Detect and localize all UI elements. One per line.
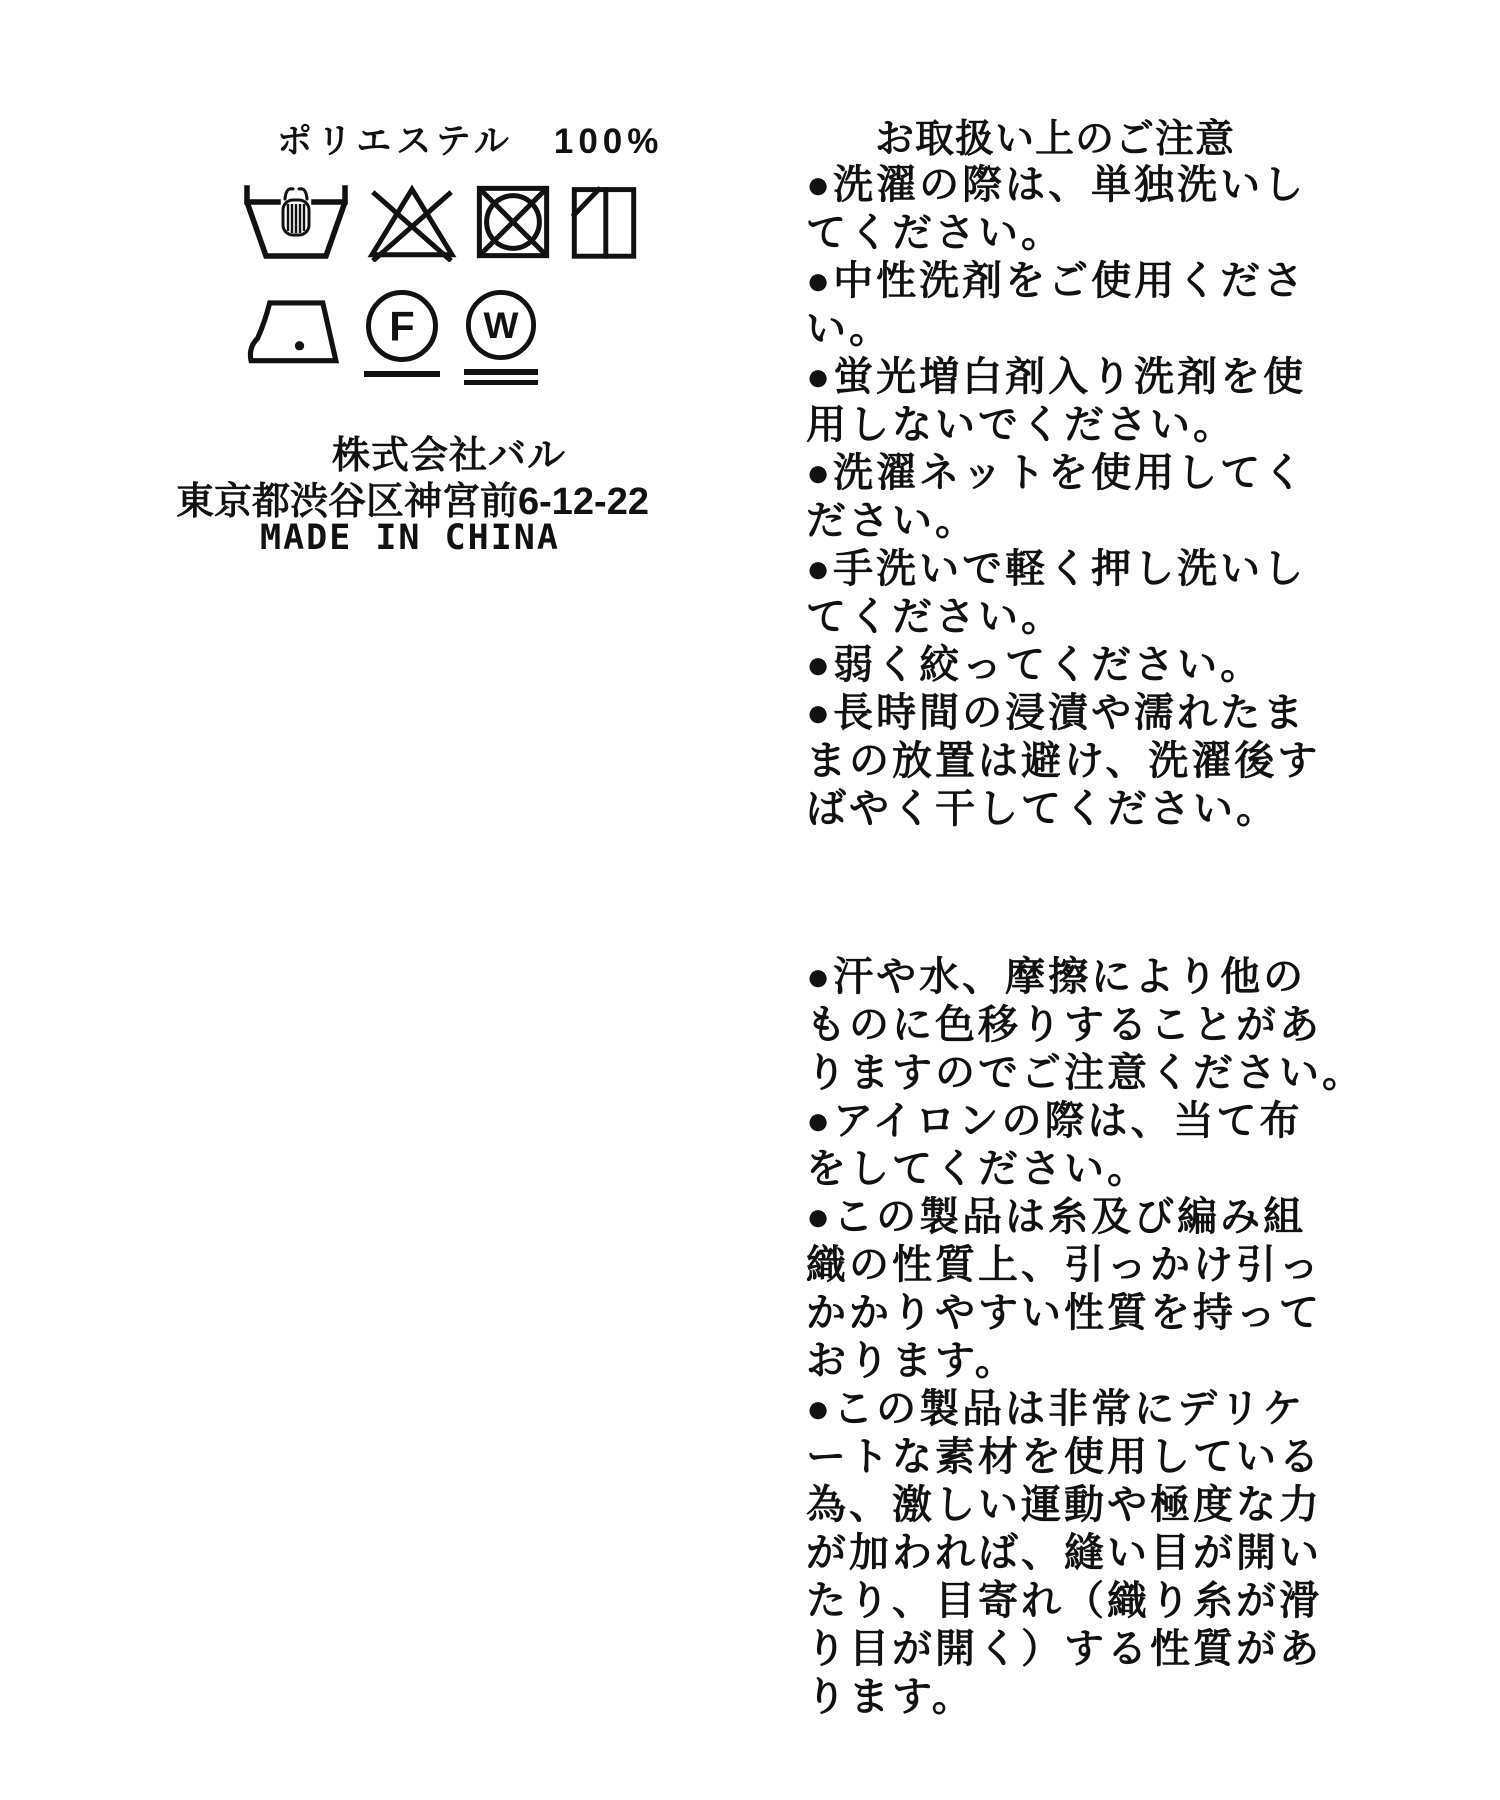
care-note-line: 為、激しい運動や極度な力: [806, 1481, 1365, 1529]
care-note-line: 用しないでください。: [806, 401, 1320, 449]
care-note-line: ●手洗いで軽く押し洗いし: [806, 545, 1320, 593]
care-note-line: をしてください。: [806, 1145, 1365, 1193]
care-note-line: おります。: [806, 1337, 1365, 1385]
care-note-line: ●中性洗剤をご使用くださ: [806, 257, 1320, 305]
care-note-line: てください。: [806, 209, 1320, 257]
care-note-line: 織の性質上、引っかけ引っ: [806, 1241, 1365, 1289]
care-note-line: てください。: [806, 593, 1320, 641]
company-address: 東京都渋谷区神宮前6-12-22: [176, 470, 649, 525]
care-notes-block-1: ●洗濯の際は、単独洗いし てください。 ●中性洗剤をご使用くださ い。 ●蛍光増…: [806, 161, 1320, 833]
shade-line-dry-icon: [568, 182, 640, 262]
care-notes-title: お取扱い上のご注意: [875, 108, 1235, 164]
care-note-line: りますのでご注意ください。: [806, 1049, 1365, 1097]
care-note-line: かかりやすい性質を持って: [806, 1289, 1365, 1337]
care-note-line: ●洗濯の際は、単独洗いし: [806, 161, 1320, 209]
care-notes-block-2: ●汗や水、摩擦により他の ものに色移りすることがあ りますのでご注意ください。 …: [806, 953, 1365, 1721]
wet-clean-gentle-icon: W: [464, 288, 538, 385]
care-note-line: が加われば、縫い目が開い: [806, 1529, 1365, 1577]
care-note-line: ●この製品は糸及び編み組: [806, 1193, 1365, 1241]
care-note-line: ります。: [806, 1673, 1365, 1721]
circle-w-icon: W: [464, 288, 538, 362]
care-note-line: り目が開く）する性質があ: [806, 1625, 1365, 1673]
care-note-line: たり、目寄れ（織り糸が滑: [806, 1577, 1365, 1625]
care-note-line: ばやく干してください。: [806, 785, 1320, 833]
do-not-bleach-icon: [366, 182, 458, 262]
care-note-line: ●洗濯ネットを使用してく: [806, 449, 1320, 497]
circle-f-icon: F: [364, 288, 440, 364]
do-not-tumble-dry-icon: [472, 182, 554, 262]
care-note-line: ●長時間の浸漬や濡れたま: [806, 689, 1320, 737]
care-symbols-row-2: F W: [246, 288, 538, 385]
care-note-line: ものに色移りすることがあ: [806, 1001, 1365, 1049]
very-gentle-process-bar-2: [464, 380, 538, 385]
very-gentle-process-bar-1: [464, 369, 538, 375]
dry-clean-letter: F: [389, 302, 414, 349]
hand-wash-icon: [240, 182, 352, 262]
wet-clean-letter: W: [484, 305, 519, 346]
gentle-process-bar: [364, 371, 440, 377]
care-note-line: ●汗や水、摩擦により他の: [806, 953, 1365, 1001]
care-note-line: ●アイロンの際は、当て布: [806, 1097, 1365, 1145]
care-note-line: ●弱く絞ってください。: [806, 641, 1320, 689]
care-note-line: い。: [806, 305, 1320, 353]
country-of-origin: MADE IN CHINA: [260, 518, 560, 558]
iron-low-heat-icon: [246, 288, 340, 370]
care-note-line: ●蛍光増白剤入り洗剤を使: [806, 353, 1320, 401]
care-note-line: ださい。: [806, 497, 1320, 545]
material-composition: ポリエステル 100%: [277, 114, 663, 164]
dry-clean-petroleum-icon: F: [364, 288, 440, 377]
care-symbols-row-1: [240, 182, 640, 262]
care-note-line: ートな素材を使用している: [806, 1433, 1365, 1481]
care-label-sheet: ポリエステル 100%: [0, 0, 1500, 1800]
care-note-line: ●この製品は非常にデリケ: [806, 1385, 1365, 1433]
care-note-line: まの放置は避け、洗濯後す: [806, 737, 1320, 785]
